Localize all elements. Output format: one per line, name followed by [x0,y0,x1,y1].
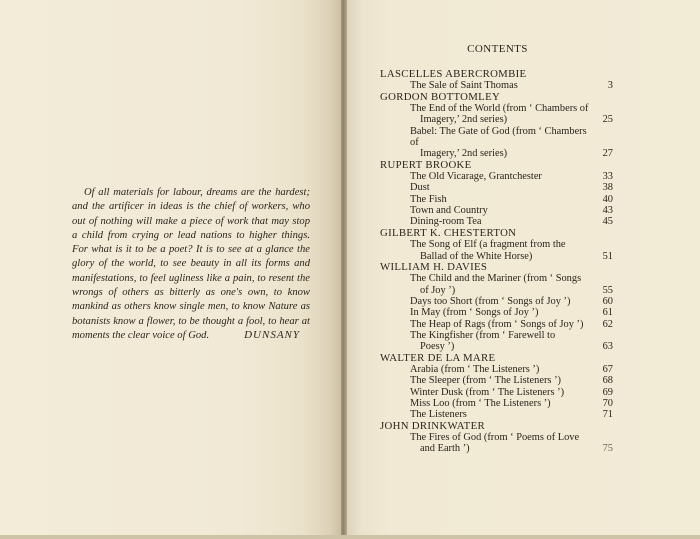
toc-entry-title-continuation: Poesy ’) [410,341,593,352]
toc-page-number: 27 [593,148,613,159]
toc-entry-title-line: The Sale of Saint Thomas [410,80,518,91]
toc-page-number: 62 [593,319,613,330]
toc-entry-title-continuation: Ballad of the White Horse) [410,251,593,262]
toc-entry-title: The Sale of Saint Thomas [410,80,593,91]
toc-author: GORDON BOTTOMLEY [380,92,615,103]
toc-page-number: 33 [593,171,613,182]
toc-entry-title: Miss Loo (from ‘ The Listeners ’) [410,398,593,409]
toc-entry-title-line: The Song of Elf (a fragment from the [410,239,566,250]
toc-entry-title-line: Babel: The Gate of God (from ‘ Chambers … [410,126,587,148]
toc-entry-title: The Listeners [410,409,593,420]
toc-entry: The Child and the Mariner (from ‘ Songso… [380,273,615,296]
toc-entry-title: The Kingfisher (from ‘ Farewell toPoesy … [410,330,593,353]
toc-page-number: 25 [593,114,613,125]
toc-entry-title-line: The Listeners [410,409,467,420]
toc-entry-title: Days too Short (from ‘ Songs of Joy ’) [410,296,593,307]
toc-entry-title: The Song of Elf (a fragment from theBall… [410,239,593,262]
toc-page-number: 55 [593,285,613,296]
toc-page-number: 71 [593,409,613,420]
toc-entry: Babel: The Gate of God (from ‘ Chambers … [380,126,615,160]
toc-entry: The End of the World (from ‘ Chambers of… [380,103,615,126]
toc-page-number: 67 [593,364,613,375]
toc-entry: Dust38 [380,182,615,193]
toc-entry-title: Dust [410,182,593,193]
toc-entry-title-continuation: of Joy ’) [410,285,593,296]
toc-entry-title: Arabia (from ‘ The Listeners ’) [410,364,593,375]
toc-entry-title-line: Dining-room Tea [410,216,482,227]
toc-entry: Dining-room Tea45 [380,216,615,227]
toc-entry-title-line: The Fires of God (from ‘ Poems of Love [410,432,579,443]
toc-entry-title-line: Winter Dusk (from ‘ The Listeners ’) [410,387,564,398]
toc-entry: Days too Short (from ‘ Songs of Joy ’)60 [380,296,615,307]
toc-page-number: 70 [593,398,613,409]
toc-entry-title-line: Arabia (from ‘ The Listeners ’) [410,364,539,375]
toc-page-number: 45 [593,216,613,227]
toc-page-number: 60 [593,296,613,307]
toc-page-number: 40 [593,194,613,205]
toc-entry: Miss Loo (from ‘ The Listeners ’)70 [380,398,615,409]
toc-page-number: 51 [593,251,613,262]
toc-entry-title: The Old Vicarage, Grantchester [410,171,593,182]
toc-page-number: 69 [593,387,613,398]
table-of-contents: LASCELLES ABERCROMBIEThe Sale of Saint T… [380,69,615,455]
toc-entry-title: In May (from ‘ Songs of Joy ’) [410,307,593,318]
toc-page-number: 75 [593,443,613,454]
toc-author: WILLIAM H. DAVIES [380,262,615,273]
toc-entry-title-line: Dust [410,182,430,193]
toc-page-number: 63 [593,341,613,352]
toc-entry: The Listeners71 [380,409,615,420]
toc-author: GILBERT K. CHESTERTON [380,228,615,239]
toc-entry-title: Dining-room Tea [410,216,593,227]
toc-entry: The Fish40 [380,194,615,205]
toc-entry-title: The Fires of God (from ‘ Poems of Lovean… [410,432,593,455]
page-bottom-edge [0,535,700,539]
toc-author: JOHN DRINKWATER [380,421,615,432]
toc-entry-title: The Sleeper (from ‘ The Listeners ’) [410,375,593,386]
toc-author: WALTER DE LA MARE [380,353,615,364]
toc-entry: The Sleeper (from ‘ The Listeners ’)68 [380,375,615,386]
toc-page-number: 68 [593,375,613,386]
toc-entry: The Sale of Saint Thomas3 [380,80,615,91]
toc-entry-title-line: Days too Short (from ‘ Songs of Joy ’) [410,296,570,307]
toc-entry-title: Town and Country [410,205,593,216]
toc-entry: Arabia (from ‘ The Listeners ’)67 [380,364,615,375]
toc-entry-title: The Fish [410,194,593,205]
toc-entry-title-continuation: and Earth ’) [410,443,593,454]
toc-author: RUPERT BROOKE [380,160,615,171]
toc-entry-title: The Heap of Rags (from ‘ Songs of Joy ’) [410,319,593,330]
toc-entry-title-line: The Old Vicarage, Grantchester [410,171,542,182]
epigraph-text: Of all materials for labour, dreams are … [72,186,310,343]
toc-entry-title-continuation: Imagery,’ 2nd series) [410,148,593,159]
toc-entry-title-continuation: Imagery,’ 2nd series) [410,114,593,125]
epigraph: Of all materials for labour, dreams are … [72,186,310,343]
toc-entry: Winter Dusk (from ‘ The Listeners ’)69 [380,387,615,398]
toc-entry-title-line: The Heap of Rags (from ‘ Songs of Joy ’) [410,319,583,330]
toc-page-number: 43 [593,205,613,216]
toc-page-number: 61 [593,307,613,318]
toc-entry-title: Babel: The Gate of God (from ‘ Chambers … [410,126,593,160]
epigraph-signature: DUNSANY [72,329,300,341]
toc-entry: In May (from ‘ Songs of Joy ’)61 [380,307,615,318]
toc-entry-title-line: Town and Country [410,205,488,216]
toc-entry: The Song of Elf (a fragment from theBall… [380,239,615,262]
toc-entry-title-line: The Kingfisher (from ‘ Farewell to [410,330,555,341]
toc-entry-title-line: The Fish [410,194,447,205]
toc-page-number: 38 [593,182,613,193]
toc-entry: The Old Vicarage, Grantchester33 [380,171,615,182]
toc-entry-title: The Child and the Mariner (from ‘ Songso… [410,273,593,296]
toc-entry: The Heap of Rags (from ‘ Songs of Joy ’)… [380,319,615,330]
toc-entry-title-line: The Child and the Mariner (from ‘ Songs [410,273,581,284]
toc-entry-title-line: In May (from ‘ Songs of Joy ’) [410,307,538,318]
toc-entry: The Kingfisher (from ‘ Farewell toPoesy … [380,330,615,353]
toc-entry-title-line: The Sleeper (from ‘ The Listeners ’) [410,375,561,386]
toc-page-number: 3 [593,80,613,91]
toc-entry: Town and Country43 [380,205,615,216]
toc-entry-title-line: The End of the World (from ‘ Chambers of [410,103,588,114]
toc-author: LASCELLES ABERCROMBIE [380,69,615,80]
toc-entry-title-line: Miss Loo (from ‘ The Listeners ’) [410,398,551,409]
book-spread: Of all materials for labour, dreams are … [0,0,700,539]
toc-entry-title: Winter Dusk (from ‘ The Listeners ’) [410,387,593,398]
toc-entry: The Fires of God (from ‘ Poems of Lovean… [380,432,615,455]
toc-entry-title: The End of the World (from ‘ Chambers of… [410,103,593,126]
contents-heading: CONTENTS [380,43,615,55]
